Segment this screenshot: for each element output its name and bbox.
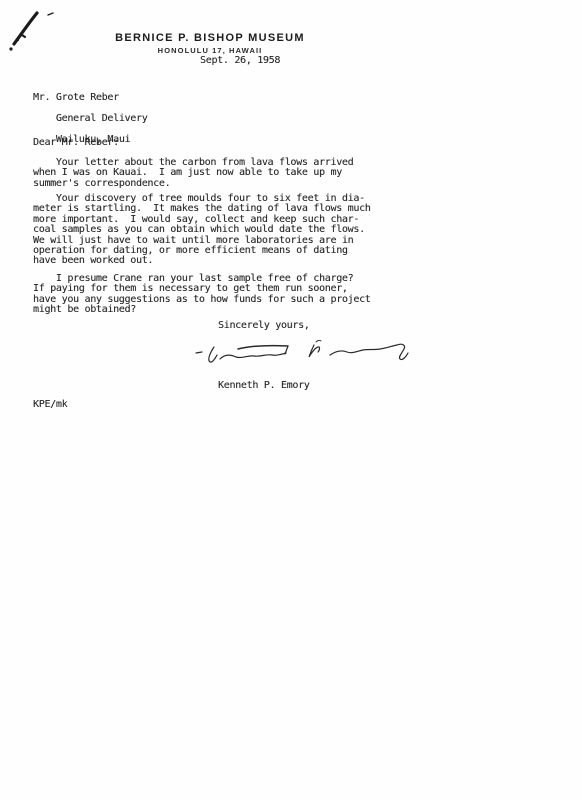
recipient-line2: General Delivery — [56, 113, 148, 124]
letter-date: Sept. 26, 1958 — [200, 56, 280, 66]
signer-name: Kenneth P. Emory — [218, 381, 310, 391]
letterhead-organization: BERNICE P. BISHOP MUSEUM — [0, 32, 420, 44]
recipient-name: Mr. Grote Reber — [33, 92, 119, 103]
letter-page: BERNICE P. BISHOP MUSEUM HONOLULU 17, HA… — [0, 0, 582, 800]
typist-initials: KPE/mk — [33, 400, 67, 410]
signature-handwriting — [192, 333, 422, 375]
body-paragraph-1: Your letter about the carbon from lava f… — [33, 158, 353, 189]
body-paragraph-2: Your discovery of tree moulds four to si… — [33, 194, 371, 267]
body-paragraph-3: I presume Crane ran your last sample fre… — [33, 274, 371, 316]
letterhead-address: HONOLULU 17, HAWAII — [0, 46, 420, 55]
salutation: Dear Mr. Reber: — [33, 138, 119, 148]
valediction: Sincerely yours, — [218, 321, 310, 331]
letterhead: BERNICE P. BISHOP MUSEUM HONOLULU 17, HA… — [0, 32, 420, 55]
